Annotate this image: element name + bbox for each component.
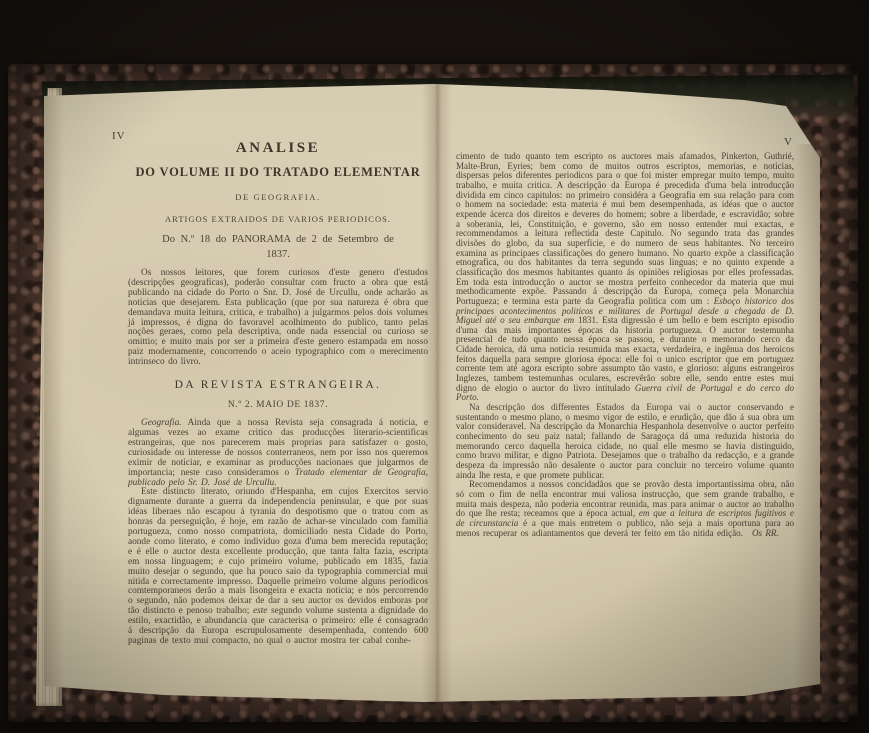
left-page-edge-shade xyxy=(44,84,64,702)
text-segment: cimento de tudo quanto tem escripto os a… xyxy=(456,151,794,306)
text-segment: Na descripção dos differentes Estados da… xyxy=(456,402,794,480)
open-page-spread: IV ANALISE DO VOLUME II DO TRATADO ELEME… xyxy=(44,84,820,702)
article-subtitle: DO VOLUME II DO TRATADO ELEMENTAR xyxy=(128,165,428,180)
paragraph: Na descripção dos differentes Estados da… xyxy=(456,403,794,480)
section-heading: DA REVISTA ESTRANGEIRA. xyxy=(128,379,428,391)
text-segment: este xyxy=(253,606,267,616)
paragraph: Este distincto literato, oriundo d'Hespa… xyxy=(128,488,428,647)
text-segment: Este distincto literato, oriundo d'Hespa… xyxy=(128,487,428,616)
section-paragraphs: Geografia. Ainda que a nossa Revista sej… xyxy=(128,419,428,647)
text-segment: 1831. Esta digressão é um bello e bem es… xyxy=(456,315,794,393)
photo-background: { "colors": { "background": "#17120e", "… xyxy=(0,0,869,733)
intro-paragraphs: Os nossos leitores, que forem curiosos d… xyxy=(128,269,428,368)
right-page-paragraphs: cimento de tudo quanto tem escripto os a… xyxy=(456,152,794,538)
left-page-number: IV xyxy=(112,130,126,142)
section-issue-line: N.º 2. MAIO DE 1837. xyxy=(128,400,428,410)
text-segment: Geografia. xyxy=(141,418,182,428)
source-year: 1837. xyxy=(128,249,428,260)
series-note: ARTIGOS EXTRAIDOS DE VARIOS PERIODICOS. xyxy=(128,214,428,224)
right-page-number: V xyxy=(784,136,793,148)
left-page-text-column: ANALISE DO VOLUME II DO TRATADO ELEMENTA… xyxy=(128,126,428,647)
text-segment: Os nossos leitores, que forem curiosos d… xyxy=(128,268,428,367)
text-segment: Os RR. xyxy=(752,528,779,538)
subject-line: DE GEOGRAFIA. xyxy=(128,192,428,202)
article-title: ANALISE xyxy=(128,140,428,157)
paragraph: Os nossos leitores, que forem curiosos d… xyxy=(128,269,428,368)
paragraph: Geografia. Ainda que a nossa Revista sej… xyxy=(128,419,428,488)
right-page-edge-shade xyxy=(794,144,820,702)
right-page-text-column: cimento de tudo quanto tem escripto os a… xyxy=(456,152,794,538)
paragraph: Recomendamos a nossos concidadãos que se… xyxy=(456,480,794,538)
source-line: Do N.º 18 do PANORAMA de 2 de Setembro d… xyxy=(128,234,428,245)
paragraph: cimento de tudo quanto tem escripto os a… xyxy=(456,152,794,403)
